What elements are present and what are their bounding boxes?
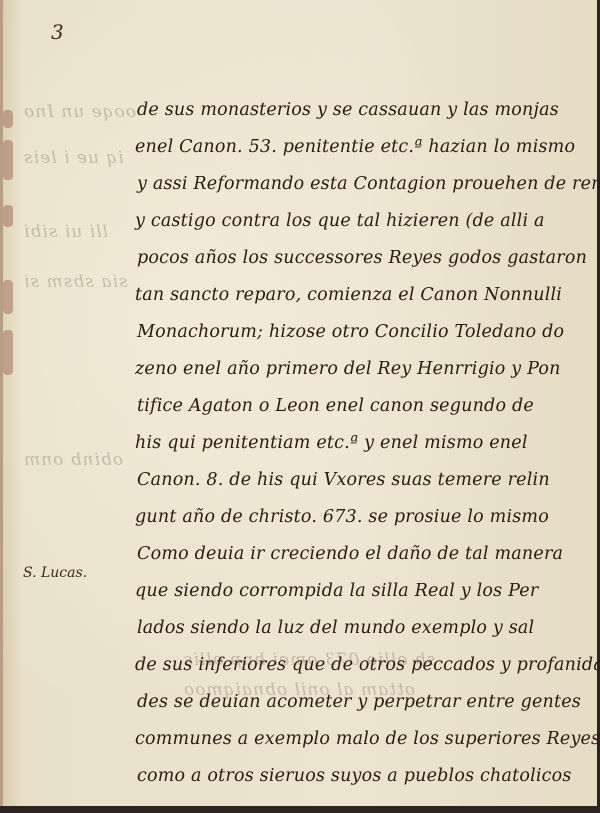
text-line: de sus inferiores que de otros peccados … [135,647,595,684]
text-line: tifice Agaton o Leon enel canon segundo … [137,388,597,425]
text-line: des se deuian acometer y perpetrar entre… [137,684,597,721]
bleed-through-text: obinb onm [23,450,123,470]
bleed-through-text: sia sbsm si [23,272,128,292]
margin-note: S. Lucas. [23,565,87,581]
text-line: zeno enel año primero del Rey Henrrigio … [135,351,595,388]
text-line: y castigo contra los que tal hizieren (d… [135,203,595,240]
text-line: tan sancto reparo, comienza el Canon Non… [135,277,595,314]
text-line: de sus monasterios y se cassauan y las m… [137,92,597,129]
edge-stain [3,110,13,128]
text-line: y assi Reformando esta Contagion prouehe… [137,166,597,203]
edge-stain [3,330,13,375]
bleed-through-text: lli ui sibi [23,222,108,242]
text-line: que siendo corrompida la silla Real y lo… [135,573,595,610]
text-line: como a otros sieruos suyos a pueblos cha… [137,758,597,795]
text-line: Como deuia ir creciendo el daño de tal m… [137,536,597,573]
text-line: his qui penitentiam etc.ª y enel mismo e… [135,425,595,462]
text-line: communes a exemplo malo de los superiore… [135,721,595,758]
manuscript-text: de sus monasterios y se cassauan y las m… [137,92,597,795]
folio-number: 3 [51,20,64,44]
bleed-through-text: ooqe un Ino [23,102,136,122]
text-line: enel Canon. 53. penitentie etc.ª hazian … [135,129,595,166]
bleed-through-text: iq ue i leis [23,148,124,168]
text-line: lados siendo la luz del mundo exemplo y … [137,610,597,647]
manuscript-page: ooqe un Ino iq ue i leis lli ui sibi sia… [0,0,597,806]
edge-stain [3,205,13,227]
edge-stain [3,280,13,314]
text-line: Canon. 8. de his qui Vxores suas temere … [137,462,597,499]
text-line: pocos años los successores Reyes godos g… [137,240,597,277]
text-line: Monachorum; hizose otro Concilio Toledan… [137,314,597,351]
edge-stain [3,140,13,180]
text-line: gunt año de christo. 673. se prosiue lo … [135,499,595,536]
